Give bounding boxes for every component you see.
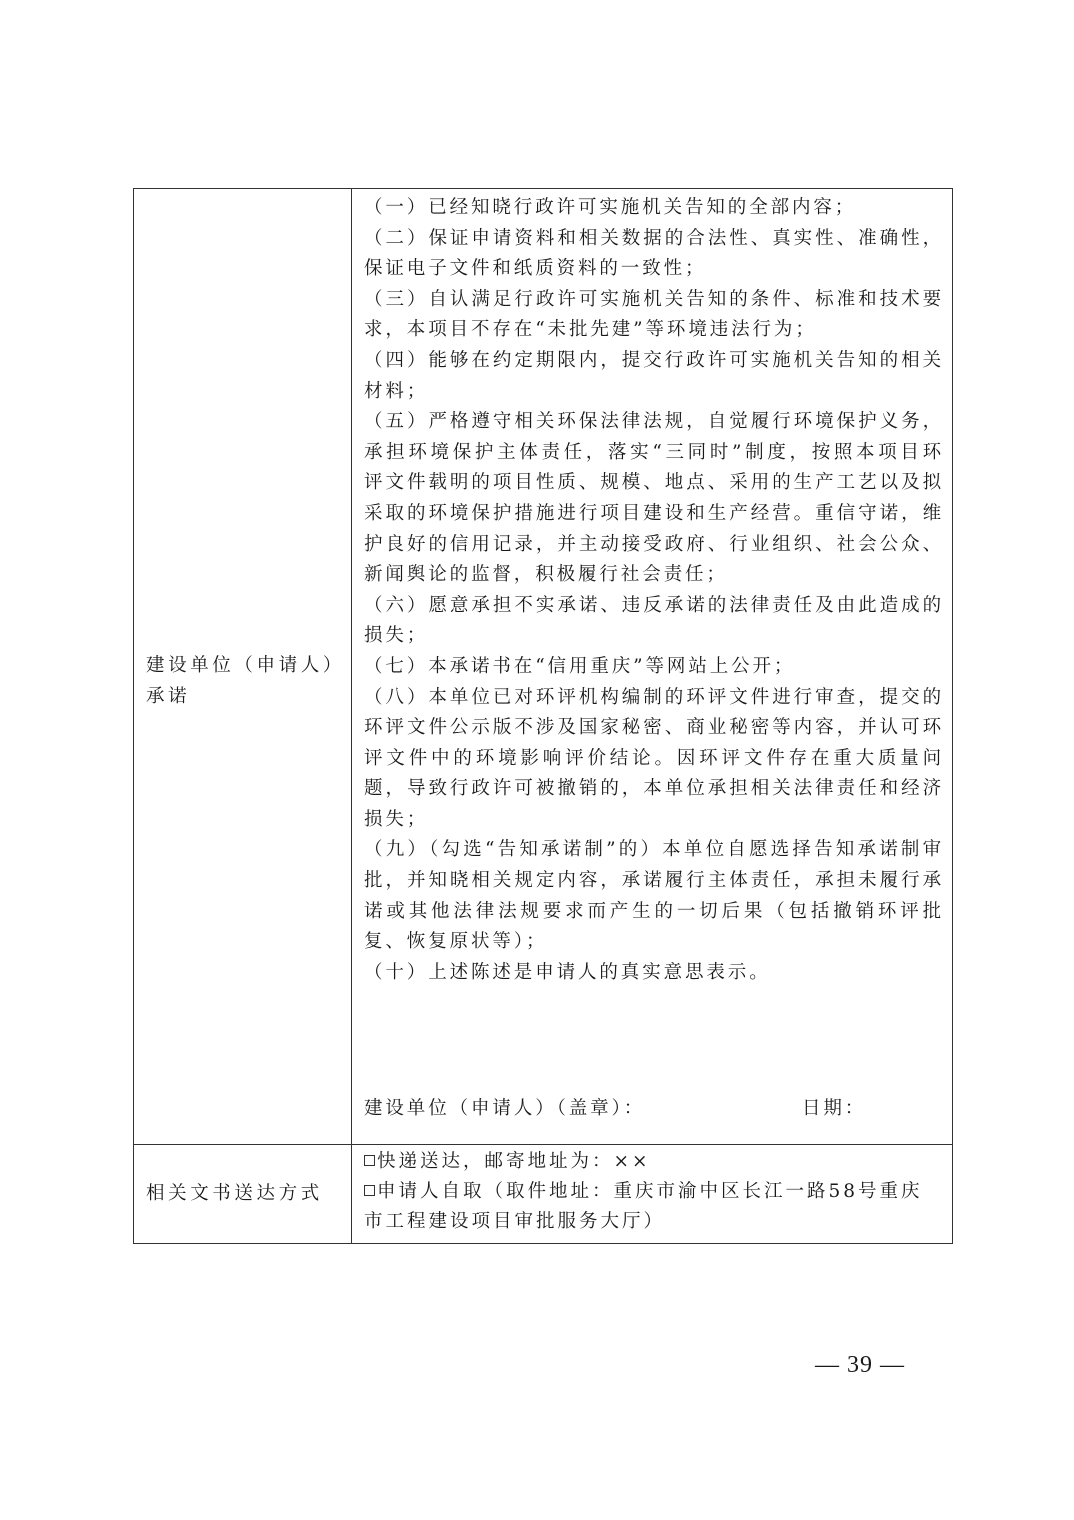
delivery-content-cell: 快递送达，邮寄地址为：×× 申请人自取（取件地址：重庆市渝中区长江一路58号重庆… [352, 1145, 953, 1244]
clause-6: （六）愿意承担不实承诺、违反承诺的法律责任及由此造成的损失； [364, 591, 944, 652]
commitment-label: 建设单位（申请人）承诺 [134, 651, 351, 712]
clause-8: （八）本单位已对环评机构编制的环评文件进行审查，提交的环评文件公示版不涉及国家秘… [364, 683, 944, 836]
delivery-label-cell: 相关文书送达方式 [134, 1145, 352, 1244]
checkbox-icon[interactable] [364, 1155, 375, 1166]
date-label: 日期： [802, 1094, 866, 1124]
clause-7: （七）本承诺书在“信用重庆”等网站上公开； [364, 652, 944, 683]
delivery-label: 相关文书送达方式 [134, 1179, 351, 1210]
clause-1: （一）已经知晓行政许可实施机关告知的全部内容； [364, 193, 944, 224]
commitment-form-table: 建设单位（申请人）承诺 （一）已经知晓行政许可实施机关告知的全部内容； （二）保… [133, 188, 953, 1244]
delivery-option-courier[interactable]: 快递送达，邮寄地址为：×× [364, 1147, 944, 1177]
clause-4: （四）能够在约定期限内，提交行政许可实施机关告知的相关材料； [364, 346, 944, 407]
delivery-option-pickup-label: 申请人自取（取件地址：重庆市渝中区长江一路58号重庆市工程建设项目审批服务大厅） [364, 1181, 923, 1232]
signature-label: 建设单位（申请人）（盖章）： [364, 1094, 645, 1124]
checkbox-icon[interactable] [364, 1185, 375, 1196]
commitment-content-cell: （一）已经知晓行政许可实施机关告知的全部内容； （二）保证申请资料和相关数据的合… [352, 189, 953, 1145]
clause-9: （九）（勾选“告知承诺制”的）本单位自愿选择告知承诺制审批，并知晓相关规定内容，… [364, 835, 944, 957]
commitment-clauses: （一）已经知晓行政许可实施机关告知的全部内容； （二）保证申请资料和相关数据的合… [352, 189, 952, 1124]
clause-5: （五）严格遵守相关环保法律法规，自觉履行环境保护义务，承担环境保护主体责任，落实… [364, 407, 944, 591]
clause-3: （三）自认满足行政许可实施机关告知的条件、标准和技术要求，本项目不存在“未批先建… [364, 285, 944, 346]
page-number: — 39 — [815, 1352, 905, 1379]
delivery-option-pickup[interactable]: 申请人自取（取件地址：重庆市渝中区长江一路58号重庆市工程建设项目审批服务大厅） [364, 1177, 944, 1237]
delivery-row: 相关文书送达方式 快递送达，邮寄地址为：×× 申请人自取（取件地址：重庆市渝中区… [134, 1145, 953, 1244]
delivery-option-courier-label: 快递送达，邮寄地址为：×× [377, 1151, 651, 1172]
commitment-row: 建设单位（申请人）承诺 （一）已经知晓行政许可实施机关告知的全部内容； （二）保… [134, 189, 953, 1145]
clause-2: （二）保证申请资料和相关数据的合法性、真实性、准确性，保证电子文件和纸质资料的一… [364, 224, 944, 285]
clause-10: （十）上述陈述是申请人的真实意思表示。 [364, 958, 944, 989]
commitment-label-cell: 建设单位（申请人）承诺 [134, 189, 352, 1145]
signature-line: 建设单位（申请人）（盖章）： 日期： [364, 1094, 944, 1124]
